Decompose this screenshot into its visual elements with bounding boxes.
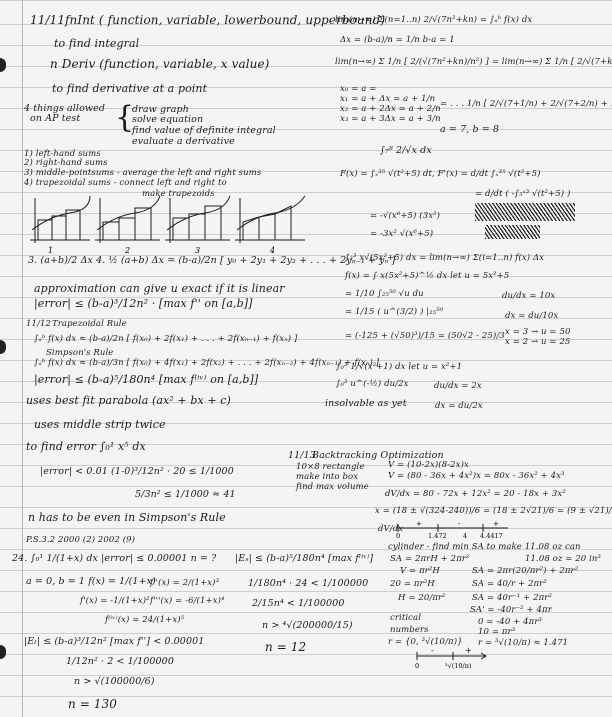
riemann-sketches: 1 2 3 4 [30, 198, 330, 258]
ftc-F: F(x) = ∫ₓ³⁵ √(t²+5) dt, F'(x) = d/dt ∫ₓ³… [340, 168, 541, 180]
dv-eq: dV/dx = 80 - 72x + 12x² = 20 - 18x + 3x² [385, 488, 566, 500]
first-derivative: f'(x) = -1/(1+x)² [80, 595, 150, 607]
note-middle-strip: uses middle strip twice [34, 419, 166, 431]
sa-eq: SA = 2πrH + 2πr² [390, 553, 470, 565]
sign-tick: 0 [415, 662, 419, 670]
trap-rule-title: Trapezoidal Rule [52, 318, 127, 330]
graph-label: 3 [195, 246, 200, 255]
sign-chart-radius: - + 0 ³√(10/π) [415, 648, 495, 672]
trap-error-calc: |Eₜ| ≤ (b-a)³/12n² [max f''] < 0.00001 [24, 636, 204, 648]
simpson-formula: ∫ₐᵇ f(x) dx ≈ (b-a)/3n [ f(x₀) + 4f(x₁) … [34, 357, 379, 369]
margin-line [22, 0, 23, 717]
trap-answer: n = 130 [68, 698, 117, 710]
usub-line: dx = du/2x [435, 400, 483, 412]
scribbled-out [485, 225, 540, 239]
conversion: 11.08 oz = 20 in³ [525, 553, 601, 565]
sign-tick: 1.472 [428, 532, 447, 540]
usub-line: insolvable as yet [325, 398, 407, 410]
delta-x: Δx = (b-a)/n = 1/n b-a = 1 [340, 34, 455, 46]
simpson-error-bound: |error| ≤ (b-a)⁵/180n⁴ [max f⁽ⁱᵛ⁾ on [a,… [34, 374, 258, 386]
simpson-error-calc: n > ⁴√(200000/15) [262, 620, 353, 632]
simpson-error-calc: |Eₛ| ≤ (b-a)⁵/180n⁴ [max f⁽ⁱᵛ⁾] [235, 553, 373, 565]
graph-label: 4 [269, 246, 275, 255]
riemann-limit-2: lim(n→∞) Σ 1/n [ 2/(√(7n²+kn)/n²) ] = li… [335, 56, 612, 68]
usub-line: x = 2 → u = 25 [505, 336, 570, 348]
sign-mark: - [431, 646, 434, 655]
sign-mark: + [416, 520, 422, 528]
fnint-desc: to find integral [54, 38, 139, 50]
usub-line: ∫₂³ x√(5x²+5) dx = lim(n→∞) Σ(i=1..n) f(… [345, 252, 544, 264]
trap-error-bound: |error| ≤ (b-a)³/12n² · [max f'' on [a,b… [34, 298, 253, 310]
sign-tick: ³√(10/π) [445, 662, 472, 670]
ap-item: evaluate a derivative [132, 136, 235, 148]
critical-numbers: r = {0, ³√(10/π)} [388, 636, 463, 648]
sa-eq: SA = 40r⁻¹ + 2πr² [472, 592, 552, 604]
scribbled-out [475, 203, 575, 221]
riemann-limit: lim(n→∞) Σ(n=1..n) 2/√(7n²+kn) = ∫ₐᵇ f(x… [335, 14, 532, 26]
sign-mark: + [493, 520, 499, 528]
riemann-integral: ∫₇⁸ 2/√x dx [380, 145, 432, 157]
usub-line: f(x) = ∫ x(5x²+5)^½ dx let u = 5x²+5 [345, 270, 509, 282]
ftc-F-step: = d/dt ( -∫₅ˣ³ √(t²+5) ) [475, 188, 570, 200]
usub-line: du/dx = 10x [502, 290, 555, 302]
sign-mark: - [458, 520, 461, 528]
usub-line: = 1/10 ∫₂₅⁵⁰ √u du [345, 288, 424, 300]
height-eq: H = 20/πr² [398, 592, 446, 604]
problem-set-header: P.S.3.2 2000 (2) 2002 (9) [26, 534, 135, 546]
sign-tick: 4.4417 [480, 532, 503, 540]
x3: x₃ = a + 3Δx = a + 3/n [340, 113, 441, 125]
usub-line: = 1/15 ( u^(3/2) ) |₂₅⁵⁰ [345, 306, 443, 318]
note-parabola: uses best fit parabola (ax² + bx + c) [26, 395, 231, 407]
ap-label: on AP test [30, 113, 80, 125]
critical-label: numbers [390, 624, 429, 636]
volume-eq: 20 = πr²H [390, 578, 435, 590]
date-1112: 11/12 [26, 318, 51, 330]
usub-line: ∫₀³ 1/√(x²+1) dx let u = x²+1 [336, 361, 462, 373]
trap-error-calc: 1/12n² · 2 < 1/100000 [66, 656, 174, 668]
graph-label: 2 [124, 246, 130, 255]
problem-given: a = 0, b = 1 f(x) = 1/(1+x) [26, 576, 156, 588]
riemann-expand: = . . . 1/n [ 2/√(7+1/n) + 2/√(7+2/n) + … [440, 98, 612, 110]
error-calc: 5/3n² ≤ 1/1000 ≈ 41 [135, 489, 236, 501]
sign-mark: + [465, 646, 472, 655]
a-b-values: a = 7, b = 8 [440, 124, 499, 136]
volume-eq: V = (80 - 36x + 4x²)x = 80x - 36x² + 4x³ [388, 470, 565, 482]
ftc-F-step: = -√(x⁶+5) (3x²) [370, 210, 440, 222]
simpson-answer: n = 12 [265, 641, 306, 653]
error-calc: |error| < 0.01 (1-0)³/12n² · 20 ≤ 1/1000 [40, 466, 234, 478]
fourth-derivative: f⁽ⁱᵛ⁾(x) = 24/(1+x)⁵ [105, 614, 184, 626]
quadratic-solve: x = (18 ± √(324-240))/6 = (18 ± 2√21)/6 … [375, 505, 612, 517]
graph-label: 1 [48, 246, 53, 255]
sign-tick: 0 [396, 532, 400, 540]
find-error: to find error ∫₀¹ x⁵ dx [26, 441, 146, 453]
usub-line: ∫₀³ u^(-½) du/2x [336, 378, 409, 390]
usub-line: dx = du/10x [505, 310, 558, 322]
problem-statement: 24. ∫₀¹ 1/(1+x) dx |error| ≤ 0.00001 n =… [12, 553, 216, 565]
even-note: n has to be even in Simpson's Rule [28, 512, 226, 524]
second-derivative: f''(x) = 2/(1+x)³ [150, 577, 219, 589]
date-1111: 11/11 [30, 14, 65, 26]
usub-line: = (-125 + (√50)³)/15 = (50√2 - 25)/3 [345, 330, 505, 342]
critical-label: critical [390, 612, 421, 624]
cylinder-problem: cylinder - find min SA to make 11.08 oz … [388, 541, 581, 553]
trap-rule-formula: ∫ₐᵇ f(x) dx ≈ (b-a)/2n [ f(x₀) + 2f(x₁) … [34, 333, 297, 345]
volume-eq: V = πr²H [400, 565, 440, 577]
sa-eq: SA = 40/r + 2πr² [472, 578, 547, 590]
sum-formulas: 3. (a+b)/2 Δx 4. ½ (a+b) Δx = (b-a)/2n [… [28, 255, 395, 267]
sign-tick: 4 [463, 532, 467, 540]
simpson-error-calc: 1/180n⁴ · 24 < 1/100000 [248, 578, 368, 590]
sa-derivative: SA' = -40r⁻² + 4πr [470, 604, 552, 616]
nderiv-desc: to find derivative at a point [52, 83, 207, 95]
nderiv-syntax: n Deriv (function, variable, x value) [50, 58, 269, 70]
third-derivative: f'''(x) = -6/(1+x)⁴ [150, 595, 225, 607]
ftc-F-step: = -3x² √(x⁶+5) [370, 228, 433, 240]
sign-chart: + - + 0 1.472 4 4.4417 [398, 522, 518, 538]
usub-line: du/dx = 2x [434, 380, 482, 392]
sa-eq: SA = 2πr(20/πr²) + 2πr² [472, 565, 578, 577]
simpson-error-calc: 2/15n⁴ < 1/100000 [252, 598, 344, 610]
trap-error-calc: n > √(100000/6) [74, 676, 155, 688]
approx-note: approximation can give u exact if it is … [34, 283, 285, 295]
opt-note: find max volume [296, 481, 369, 493]
